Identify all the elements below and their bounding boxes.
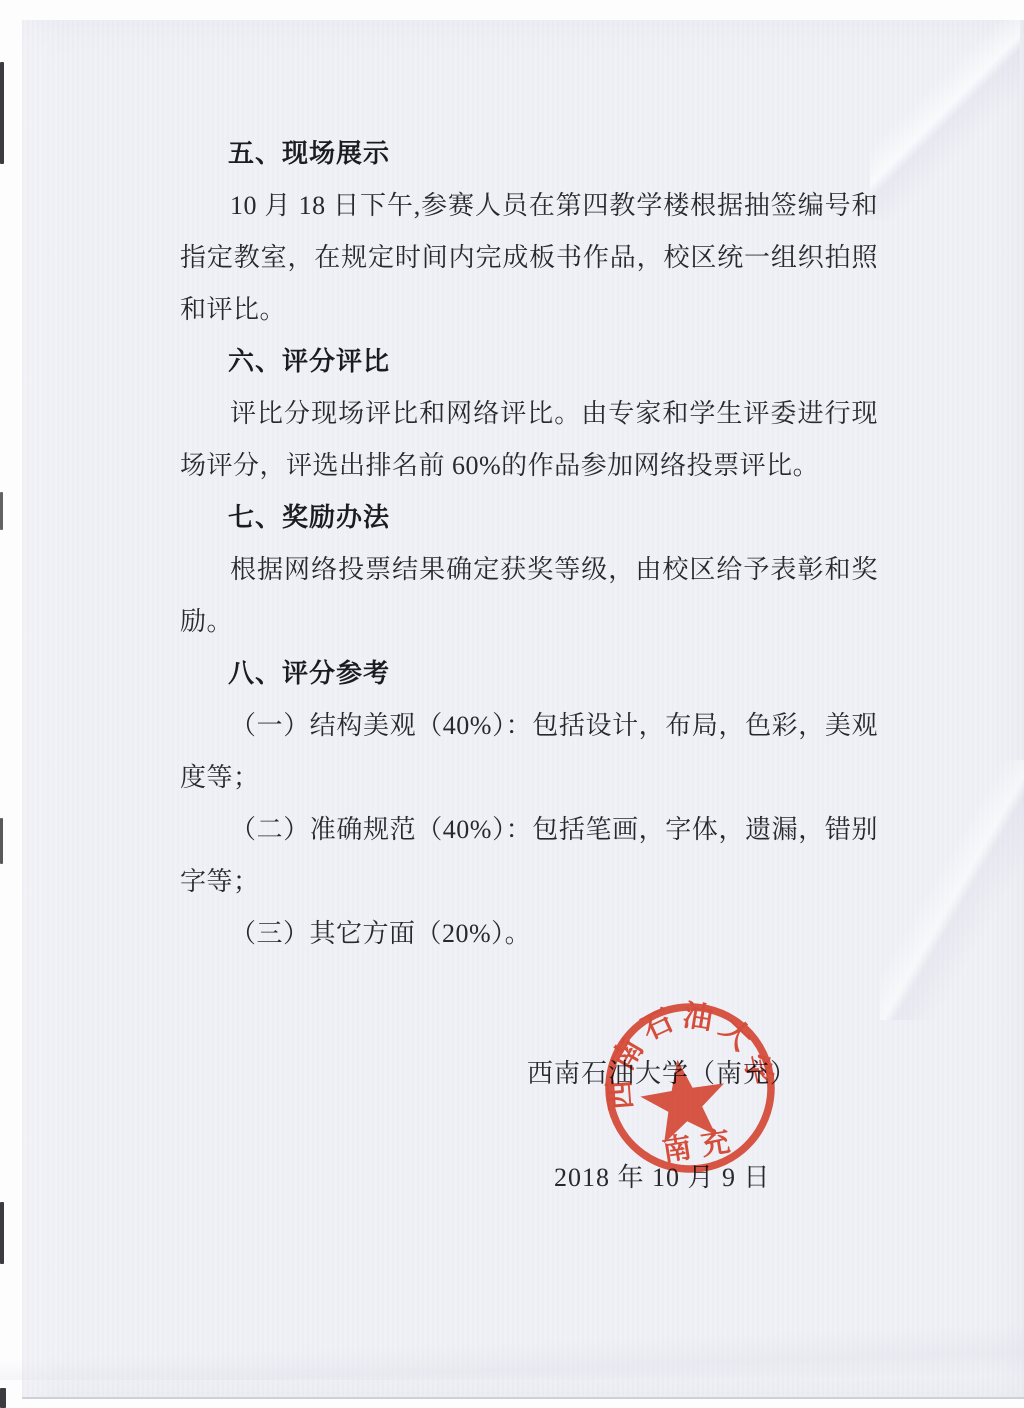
scan-edge-mark [0, 818, 3, 864]
text-line: 根据网络投票结果确定获奖等级，由校区给予表彰和奖 [180, 544, 878, 596]
text-line: （三）其它方面（20%）。 [180, 908, 878, 960]
scan-edge-mark [0, 1388, 6, 1408]
text-line: 度等； [180, 752, 878, 804]
text-line: 和评比。 [180, 284, 878, 336]
text-line: 八、评分参考 [180, 648, 878, 700]
text-line: 五、现场展示 [180, 128, 878, 180]
university-seal: 西南石油大学 南充 [571, 969, 809, 1207]
text-line: （二）准确规范（40%）：包括笔画，字体，遗漏，错别 [180, 804, 878, 856]
text-line: 指定教室，在规定时间内完成板书作品，校区统一组织拍照 [180, 232, 878, 284]
scan-edge-mark [0, 1202, 4, 1264]
text-line: 六、评分评比 [180, 336, 878, 388]
text-line: （一）结构美观（40%）：包括设计，布局，色彩，美观 [180, 700, 878, 752]
text-line: 七、奖励办法 [180, 492, 878, 544]
scan-edge-mark [0, 492, 3, 530]
text-line: 励。 [180, 596, 878, 648]
document-body: 五、现场展示10 月 18 日下午,参赛人员在第四教学楼根据抽签编号和指定教室，… [180, 128, 878, 960]
text-line: 场评分，评选出排名前 60%的作品参加网络投票评比。 [180, 440, 878, 492]
text-line: 10 月 18 日下午,参赛人员在第四教学楼根据抽签编号和 [180, 180, 878, 232]
scan-edge-mark [0, 62, 4, 164]
text-line: 字等； [180, 856, 878, 908]
text-line: 评比分现场评比和网络评比。由专家和学生评委进行现 [180, 388, 878, 440]
